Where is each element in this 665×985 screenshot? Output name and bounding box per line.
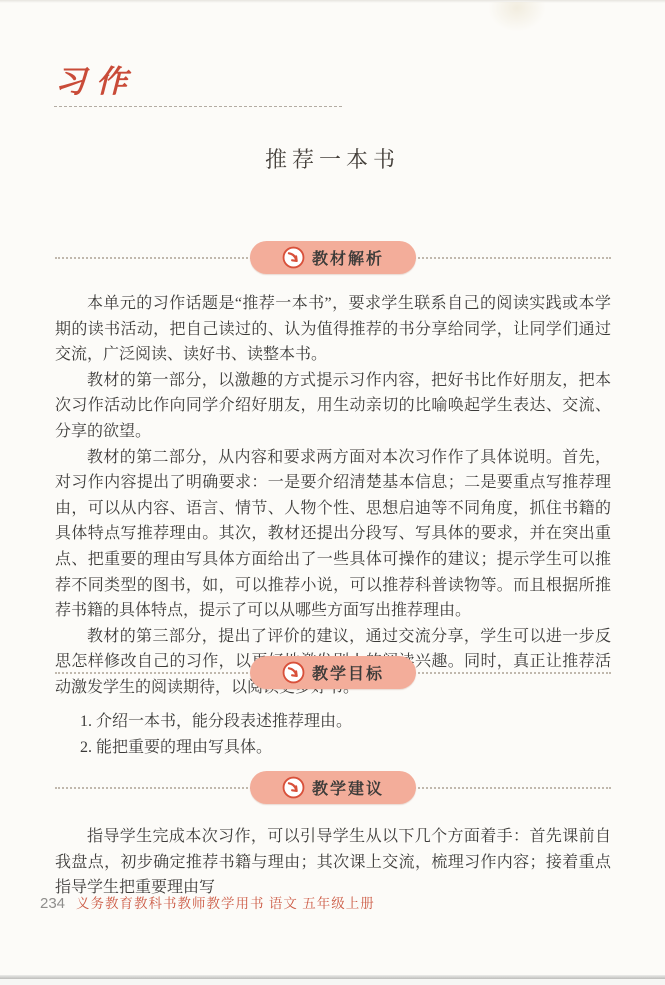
section-banner-analysis: 教材解析 (55, 241, 611, 274)
analysis-paragraph: 教材的第二部分，从内容和要求两方面对本次习作作了具体说明。首先，对习作内容提出了… (55, 445, 611, 624)
page-footer: 234 义务教育教科书教师教学用书 语文 五年级上册 (40, 892, 375, 912)
curved-arrow-icon (282, 776, 305, 799)
goals-list: 1. 介绍一本书，能分段表述推荐理由。 2. 能把重要的理由写具体。 (55, 709, 611, 761)
scan-smudge (488, 2, 546, 32)
book-title-footer: 义务教育教科书教师教学用书 语文 五年级上册 (76, 892, 375, 912)
banner-label-suggestions: 教学建议 (312, 776, 384, 799)
lesson-title: 推荐一本书 (0, 143, 665, 174)
suggestions-paragraph: 指导学生完成本次习作，可以引导学生从以下几个方面着手：首先课前自我盘点，初步确定… (55, 824, 611, 901)
section-pill: 教学目标 (250, 656, 416, 689)
scan-background-strip (0, 979, 665, 985)
section-banner-goals: 教学目标 (55, 656, 611, 689)
analysis-text-block: 本单元的习作话题是“推荐一本书”，要求学生联系自己的阅读实践或本学期的读书活动，… (55, 291, 611, 701)
analysis-paragraph: 本单元的习作话题是“推荐一本书”，要求学生联系自己的阅读实践或本学期的读书活动，… (55, 291, 611, 368)
suggestions-text-block: 指导学生完成本次习作，可以引导学生从以下几个方面着手：首先课前自我盘点，初步确定… (55, 824, 611, 901)
goal-item: 2. 能把重要的理由写具体。 (55, 735, 611, 761)
unit-type-heading: 习作 (55, 56, 137, 101)
section-pill: 教材解析 (250, 241, 416, 274)
banner-label-analysis: 教材解析 (312, 246, 384, 269)
banner-label-goals: 教学目标 (312, 661, 384, 684)
curved-arrow-icon (282, 661, 305, 684)
heading-underline (54, 106, 342, 107)
page-top-edge (0, 0, 665, 3)
section-banner-suggestions: 教学建议 (55, 771, 611, 804)
curved-arrow-icon (282, 246, 305, 269)
section-pill: 教学建议 (250, 771, 416, 804)
analysis-paragraph: 教材的第一部分，以激趣的方式提示习作内容，把好书比作好朋友，把本次习作活动比作向… (55, 368, 611, 445)
goal-item: 1. 介绍一本书，能分段表述推荐理由。 (55, 709, 611, 735)
page-number: 234 (40, 895, 65, 912)
book-page: 习作 推荐一本书 教材解析 本单元的习作话题是“推荐一本书”，要求学生联系自己的… (0, 0, 665, 985)
